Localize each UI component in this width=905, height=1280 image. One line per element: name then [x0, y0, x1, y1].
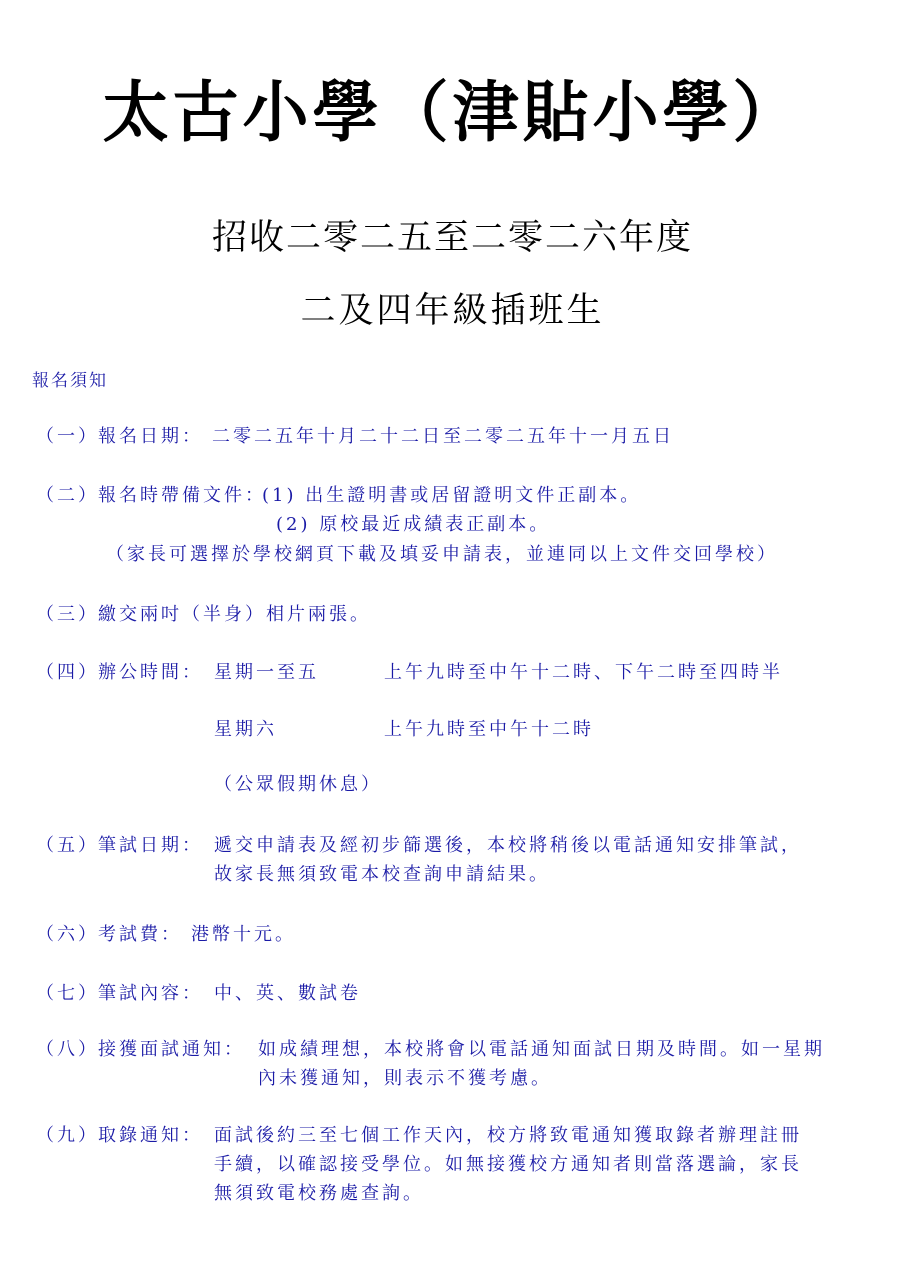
item-6-label: 考試費：: [98, 922, 182, 948]
item-2-number: （二）: [36, 483, 99, 509]
item-5-label: 筆試日期：: [98, 833, 203, 859]
item-1-number: （一）: [36, 424, 99, 450]
item-9-line-3: 無須致電校務處查詢。: [214, 1181, 424, 1207]
item-9-label: 取錄通知：: [98, 1123, 203, 1149]
item-7-label: 筆試內容：: [98, 981, 203, 1007]
office-hours-saturday-days: 星期六: [214, 717, 277, 743]
item-8-label: 接獲面試通知：: [98, 1037, 245, 1063]
office-hours-weekday-hours: 上午九時至中午十二時、下午二時至四時半: [384, 660, 783, 686]
item-2-doc-1: (1) 出生證明書或居留證明文件正副本。: [262, 483, 641, 509]
item-6-number: （六）: [36, 922, 99, 948]
public-holiday-note: （公眾假期休息）: [214, 772, 382, 798]
item-5-line-1: 遞交申請表及經初步篩選後，本校將稍後以電話通知安排筆試，: [214, 833, 802, 859]
office-hours-saturday-hours: 上午九時至中午十二時: [384, 717, 594, 743]
item-6-value: 港幣十元。: [191, 922, 296, 948]
grade-subtitle: 二及四年級插班生: [0, 287, 905, 335]
item-4-label: 辦公時間：: [98, 660, 203, 686]
item-2-note: （家長可選擇於學校網頁下載及填妥申請表，並連同以上文件交回學校）: [106, 542, 778, 568]
section-heading: 報名須知: [32, 368, 108, 394]
admission-year-subtitle: 招收二零二五至二零二六年度: [0, 214, 905, 262]
item-8-number: （八）: [36, 1037, 99, 1063]
item-2-label: 報名時帶備文件：: [98, 483, 266, 509]
item-3-number: （三）: [36, 602, 99, 628]
item-2-doc-2: (2) 原校最近成績表正副本。: [276, 512, 550, 538]
item-7-value: 中、英、數試卷: [214, 981, 361, 1007]
item-5-line-2: 故家長無須致電本校查詢申請結果。: [214, 862, 550, 888]
item-7-number: （七）: [36, 981, 99, 1007]
item-9-line-2: 手續，以確認接受學位。如無接獲校方通知者則當落選論，家長: [214, 1152, 802, 1178]
page-title: 太古小學（津貼小學）: [0, 72, 905, 152]
office-hours-weekday-days: 星期一至五: [214, 660, 319, 686]
item-8-line-2: 內未獲通知，則表示不獲考慮。: [258, 1066, 552, 1092]
item-9-line-1: 面試後約三至七個工作天內，校方將致電通知獲取錄者辦理註冊: [214, 1123, 802, 1149]
item-1-label: 報名日期：: [98, 424, 203, 450]
item-1-value: 二零二五年十月二十二日至二零二五年十一月五日: [212, 424, 674, 450]
item-5-number: （五）: [36, 833, 99, 859]
item-4-number: （四）: [36, 660, 99, 686]
item-8-line-1: 如成績理想，本校將會以電話通知面試日期及時間。如一星期: [258, 1037, 825, 1063]
item-9-number: （九）: [36, 1123, 99, 1149]
item-3-value: 繳交兩吋（半身）相片兩張。: [98, 602, 371, 628]
